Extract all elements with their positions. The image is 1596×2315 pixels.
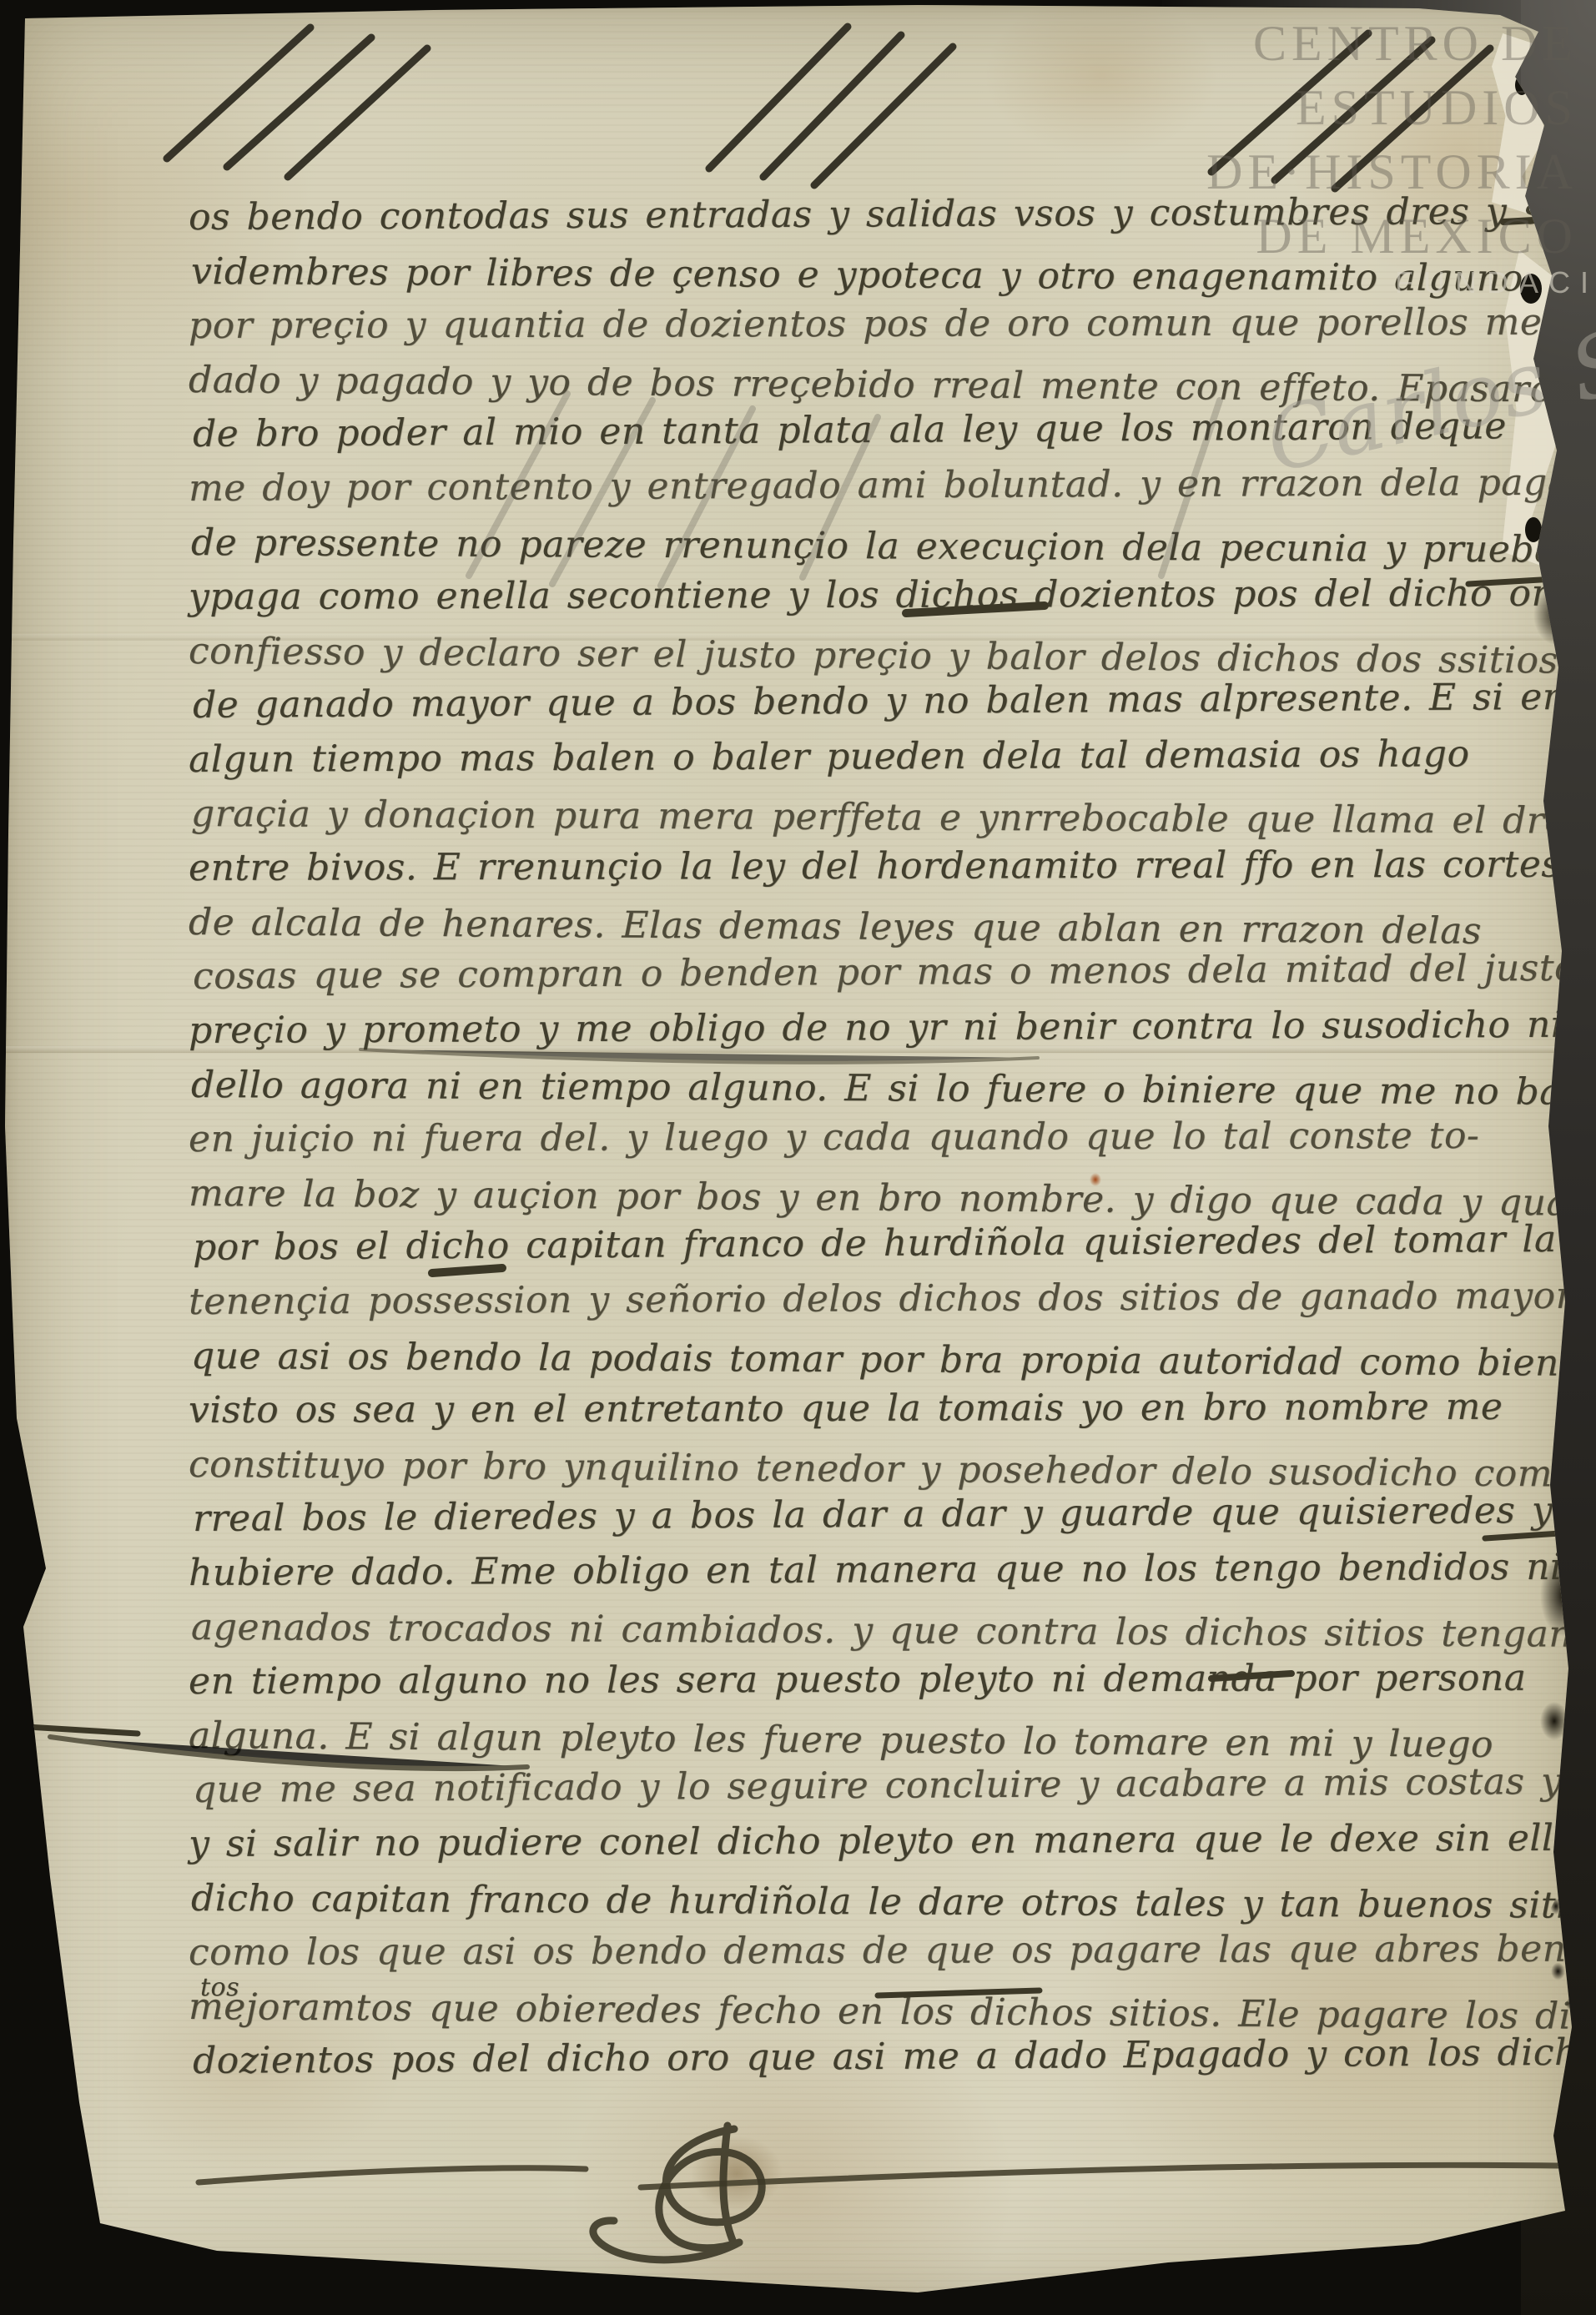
margin-insertion-note: tos xyxy=(200,1960,239,2015)
manuscript-line: algun tiempo mas balen o baler pueden de… xyxy=(189,727,1548,787)
manuscript-line: visto os sea y en el entretanto que la t… xyxy=(189,1380,1548,1437)
manuscript-line: como los que asi os bendo demas de que o… xyxy=(189,1922,1548,1980)
manuscript-scan: os bendo contodas sus entradas y salidas… xyxy=(0,0,1596,2315)
manuscript-line: por preçio y quantia de dozientos pos de… xyxy=(189,295,1548,353)
closing-rule xyxy=(199,2165,1558,2187)
manuscript-line: hubiere dado. Eme obligo en tal manera q… xyxy=(189,1540,1548,1600)
manuscript-line: entre bivos. E rrenunçio la ley del hord… xyxy=(189,838,1548,895)
manuscript-line: en juiçio ni fuera del. y luego y cada q… xyxy=(189,1109,1548,1166)
manuscript-line: dozientos pos del dicho oro que asi me a… xyxy=(193,2026,1553,2088)
ink-smudge xyxy=(691,2136,783,2211)
manuscript-line: me doy por contento y entregado ami bolu… xyxy=(189,455,1548,516)
manuscript-line: y si salir no pudiere conel dicho pleyto… xyxy=(189,1811,1548,1871)
cancellation-slashes xyxy=(167,27,1490,189)
manuscript-line: preçio y prometo y me obligo de no yr ni… xyxy=(189,998,1548,1058)
manuscript-line: tenençia possession y señorio delos dich… xyxy=(189,1269,1548,1329)
manuscript-line: de ganado mayor que a bos bendo y no bal… xyxy=(193,670,1553,732)
manuscript-line: que me sea notificado y lo seguire concl… xyxy=(193,1754,1553,1817)
manuscript-line: de bro poder al mio en tanta plata ala l… xyxy=(193,399,1553,461)
manuscript-line: rreal bos le dieredes y a bos la dar a d… xyxy=(193,1483,1553,1546)
manuscript-page: os bendo contodas sus entradas y salidas… xyxy=(0,0,1596,2315)
manuscript-line: cosas que se compran o benden por mas o … xyxy=(193,941,1553,1004)
manuscript-line: os bendo contodas sus entradas y salidas… xyxy=(189,184,1548,244)
manuscript-line: en tiempo alguno no les sera puesto pley… xyxy=(189,1651,1548,1709)
manuscript-text-block: os bendo contodas sus entradas y salidas… xyxy=(189,190,1548,2088)
manuscript-line: por bos el dicho capitan franco de hurdi… xyxy=(193,1212,1553,1275)
manuscript-line: ypaga como enella secontiene y los dicho… xyxy=(189,566,1548,624)
